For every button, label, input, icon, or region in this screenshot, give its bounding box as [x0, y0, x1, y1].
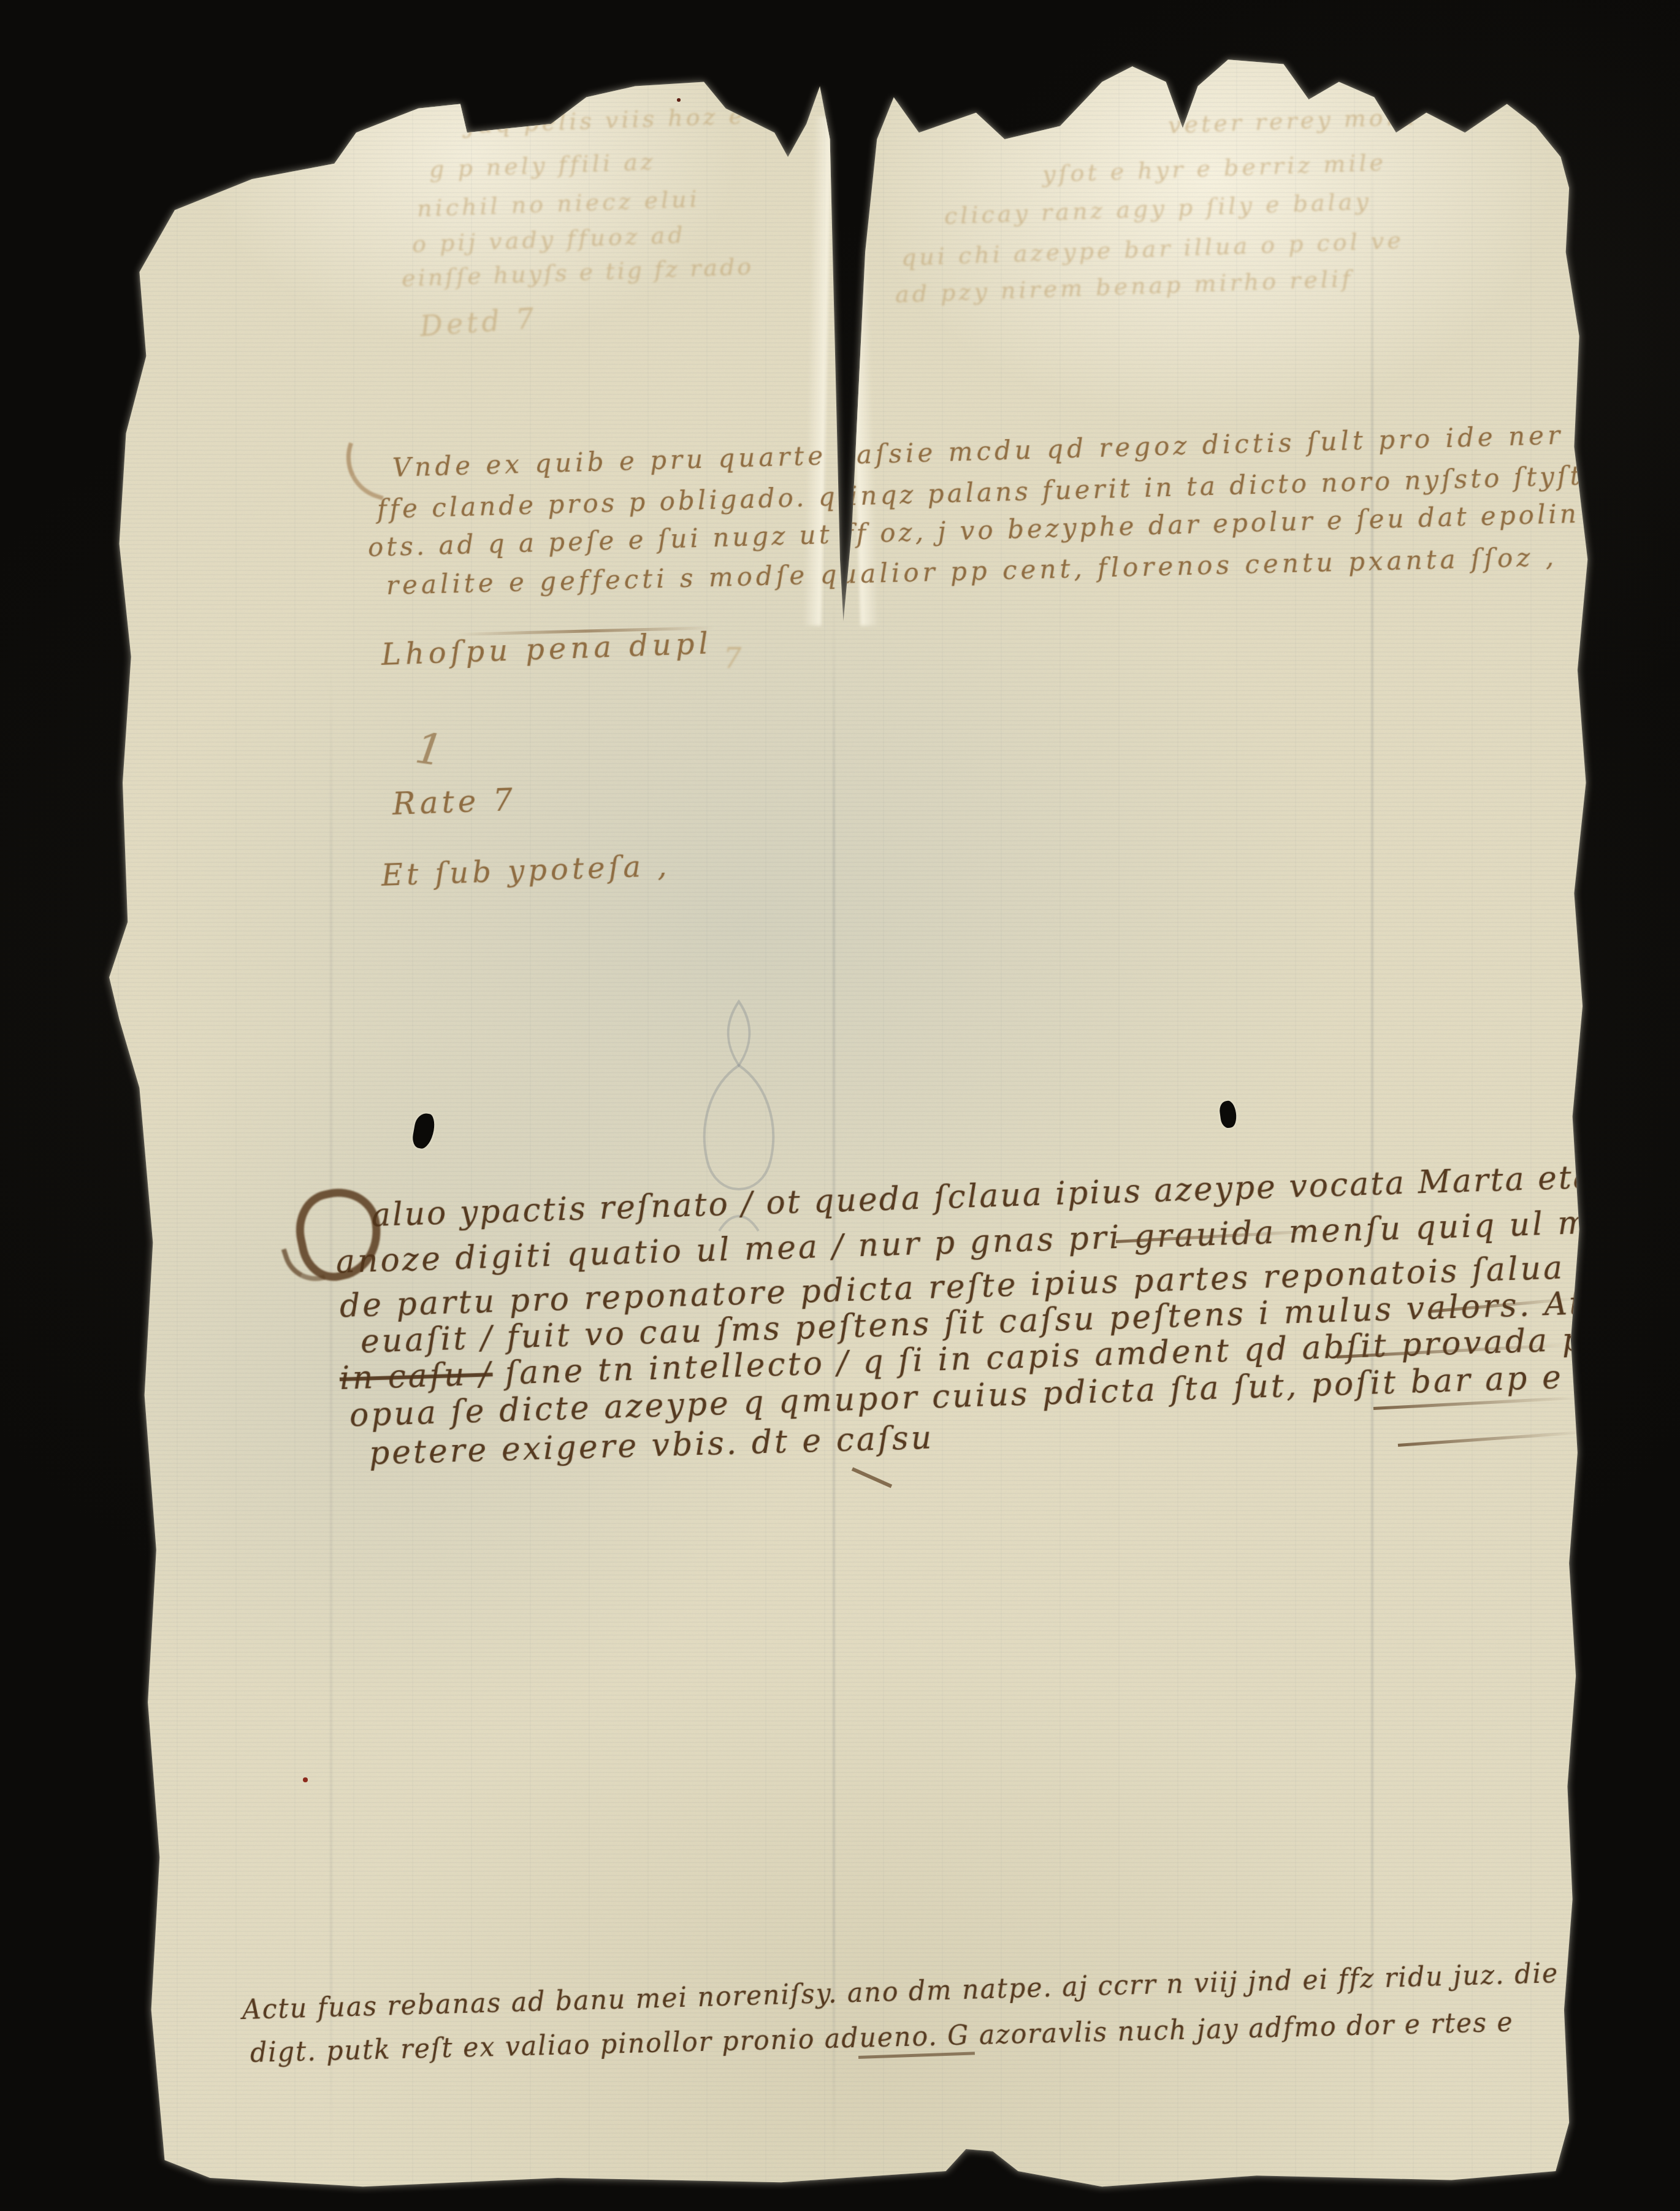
ink-flourish: [852, 1467, 892, 1488]
note-detd: Detd 7: [419, 302, 538, 343]
marginal-note-line: minuio ffoz: [139, 129, 265, 158]
faded-line: clicay ranz agy p ſily e balay: [944, 188, 1372, 229]
faded-line: veter rerey mora: [1167, 103, 1418, 139]
fold-crease: [330, 662, 332, 2165]
faded-line: ad pzy nirem benap mirho relif: [895, 265, 1354, 308]
ink-flourish: [335, 442, 397, 500]
paper-sheet-wrap: pe fils Jlurii repes minuio ffoz Jaq pel…: [0, 0, 1680, 2211]
paper-grain: [0, 0, 1680, 2211]
marginal-note-line: pe fils Jlurii repes: [143, 93, 358, 128]
faded-line: o pij vady ffuoz ad: [411, 221, 686, 258]
faded-line: einſſe huyſs e tig fz rado: [401, 253, 754, 292]
stray-stroke: 1: [412, 722, 446, 776]
clause-ypoteca: Et ſub ypoteſa ,: [381, 849, 671, 893]
manuscript-photo-stage: pe fils Jlurii repes minuio ffoz Jaq pel…: [0, 0, 1680, 2211]
clause-rate: Rate 7: [392, 782, 517, 822]
red-ink-speck: [677, 98, 681, 102]
faded-line: Jaq pelis viis hoz e: [465, 102, 746, 139]
struck-through-words: in caſu /: [339, 1355, 493, 1397]
tear-fiber-edge: [846, 117, 879, 626]
red-ink-speck: [303, 1777, 308, 1782]
faded-line: nichil no niecz elui: [416, 185, 700, 222]
clause-hospu-mark: 7: [724, 642, 741, 675]
punch-hole: [1218, 1100, 1238, 1128]
faded-line: yſot e hyr e berriz mile: [1042, 148, 1387, 188]
clause-hospu: Lhoſpu pena dupl: [381, 626, 713, 672]
punch-hole: [411, 1112, 437, 1151]
faded-line: g p nely ffili az: [429, 148, 656, 183]
ink-flourish: [1398, 1431, 1582, 1447]
paper-sheet: pe fils Jlurii repes minuio ffoz Jaq pel…: [0, 0, 1680, 2211]
faded-line: qui chi azeype bar illua o p col ve: [901, 226, 1404, 271]
